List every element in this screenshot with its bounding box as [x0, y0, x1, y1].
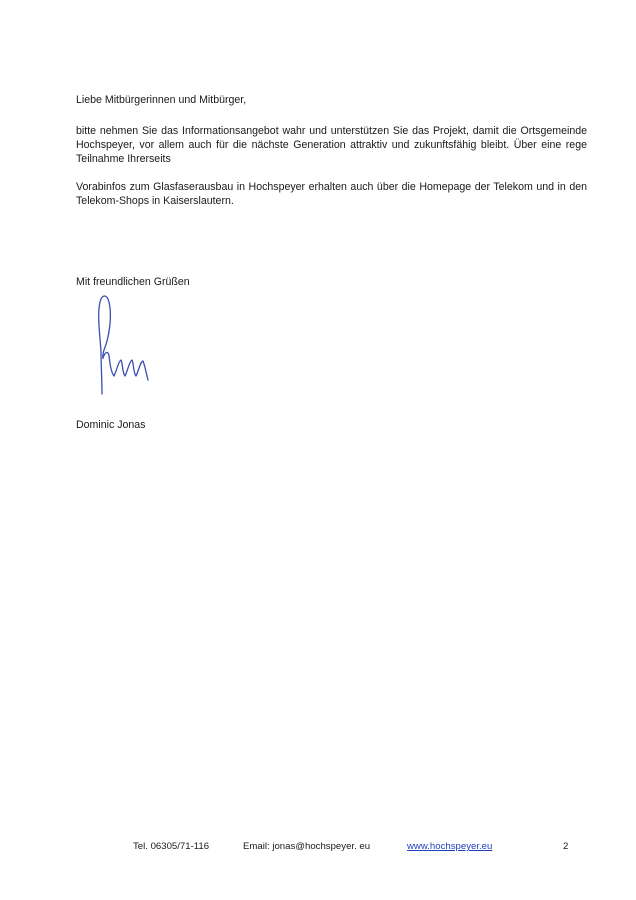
footer-phone: Tel. 06305/71-116 [133, 841, 209, 853]
signature-icon [88, 290, 163, 400]
body-paragraph-2: Vorabinfos zum Glasfaserausbau in Hochsp… [76, 180, 587, 208]
body-paragraph-1: bitte nehmen Sie das Informationsangebot… [76, 124, 587, 166]
footer-email: Email: jonas@hochspeyer. eu [243, 841, 370, 853]
salutation: Liebe Mitbürgerinnen und Mitbürger, [76, 93, 587, 107]
footer-website-link[interactable]: www.hochspeyer.eu [407, 841, 492, 853]
page-number: 2 [563, 841, 568, 853]
closing-phrase: Mit freundlichen Grüßen [76, 275, 587, 289]
document-page: Liebe Mitbürgerinnen und Mitbürger, bitt… [0, 0, 636, 900]
signer-name: Dominic Jonas [76, 418, 587, 432]
